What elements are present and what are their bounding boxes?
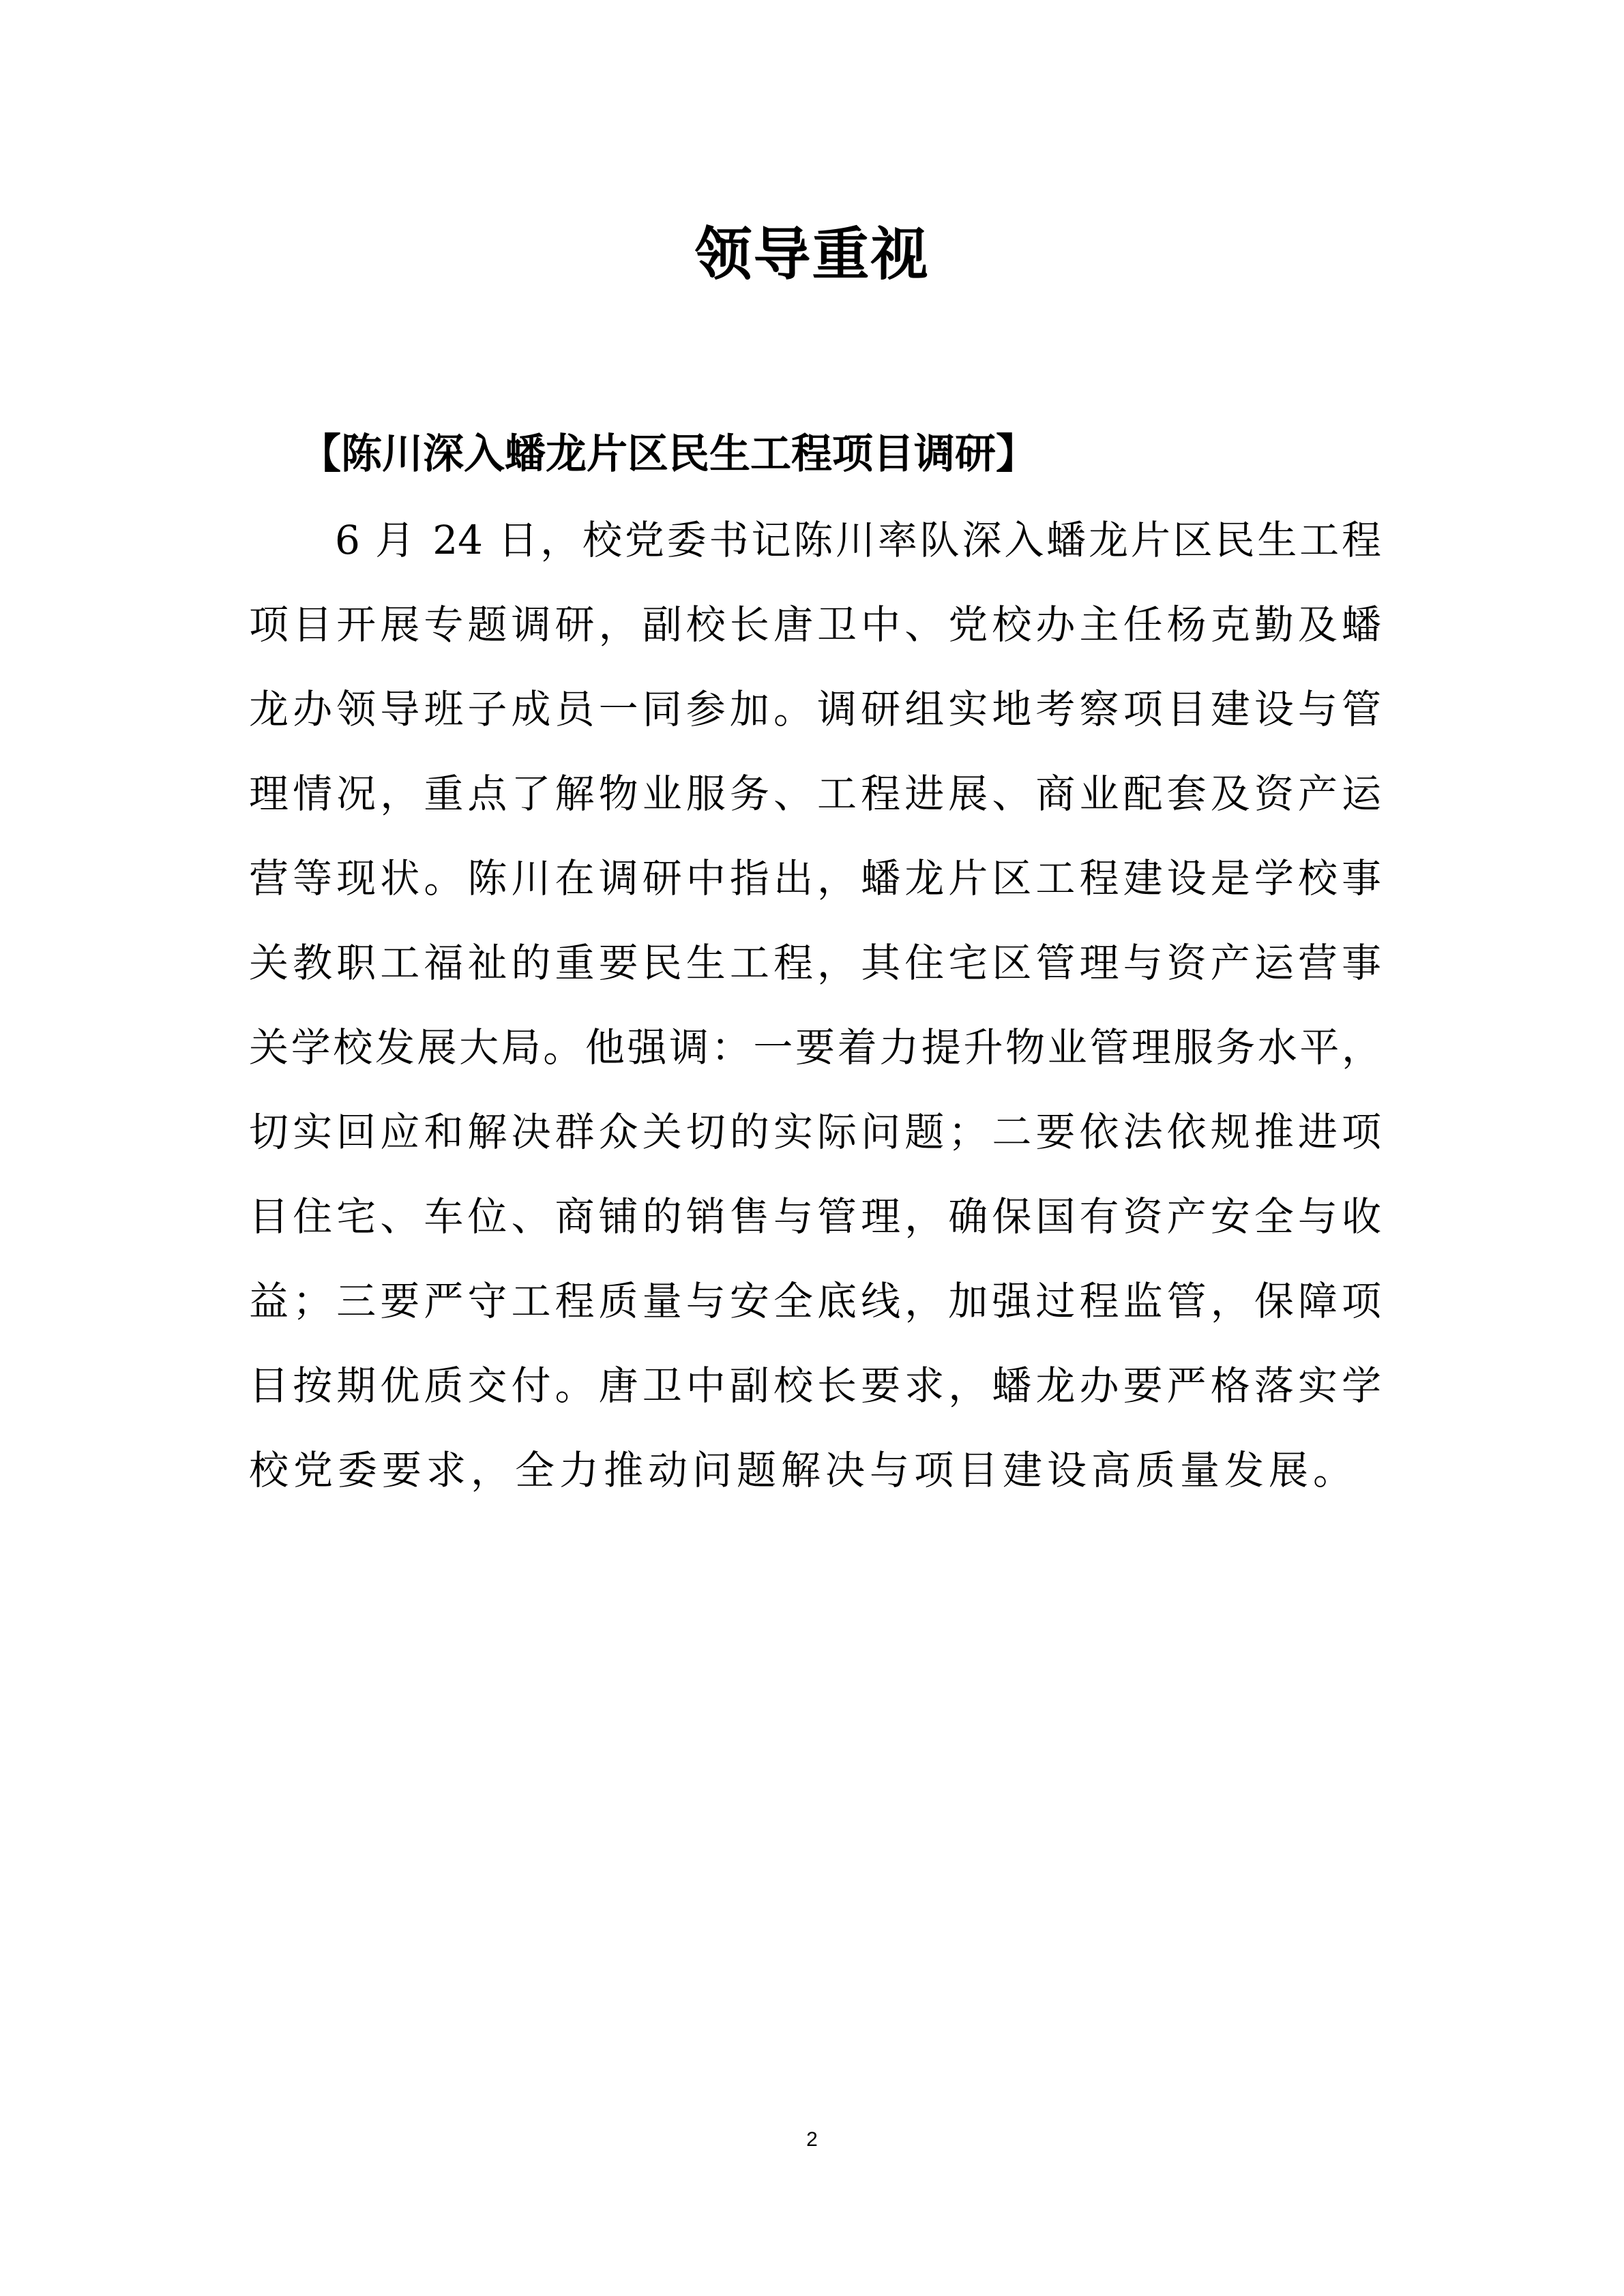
paragraph-line: 营等现状。陈川在调研中指出，蟠龙片区工程建设是学校事 [249,836,1381,921]
paragraph-line: 龙办领导班子成员一同参加。调研组实地考察项目建设与管 [249,667,1381,751]
page-number: 2 [0,2126,1624,2153]
paragraph-line: 校党委要求，全力推动问题解决与项目建设高质量发展。 [249,1428,1381,1512]
article-paragraph: 6 月 24 日，校党委书记陈川率队深入蟠龙片区民生工程 项目开展专题调研，副校… [249,498,1381,1512]
paragraph-line: 项目开展专题调研，副校长唐卫中、党校办主任杨克勤及蟠 [249,582,1381,667]
paragraph-line: 理情况，重点了解物业服务、工程进展、商业配套及资产运 [249,751,1381,836]
paragraph-line: 切实回应和解决群众关切的实际问题；二要依法依规推进项 [249,1090,1381,1174]
page-title: 领导重视 [0,217,1624,292]
paragraph-line: 关教职工福祉的重要民生工程，其住宅区管理与资产运营事 [249,921,1381,1005]
paragraph-line: 关学校发展大局。他强调：一要着力提升物业管理服务水平， [249,1005,1381,1090]
document-page: 领导重视 【陈川深入蟠龙片区民生工程项目调研】 6 月 24 日，校党委书记陈川… [0,0,1624,2296]
paragraph-line: 6 月 24 日，校党委书记陈川率队深入蟠龙片区民生工程 [249,498,1381,582]
section-heading: 【陈川深入蟠龙片区民生工程项目调研】 [300,428,1460,480]
paragraph-line: 益；三要严守工程质量与安全底线，加强过程监管，保障项 [249,1259,1381,1343]
paragraph-line: 目住宅、车位、商铺的销售与管理，确保国有资产安全与收 [249,1174,1381,1259]
paragraph-line: 目按期优质交付。唐卫中副校长要求，蟠龙办要严格落实学 [249,1343,1381,1428]
